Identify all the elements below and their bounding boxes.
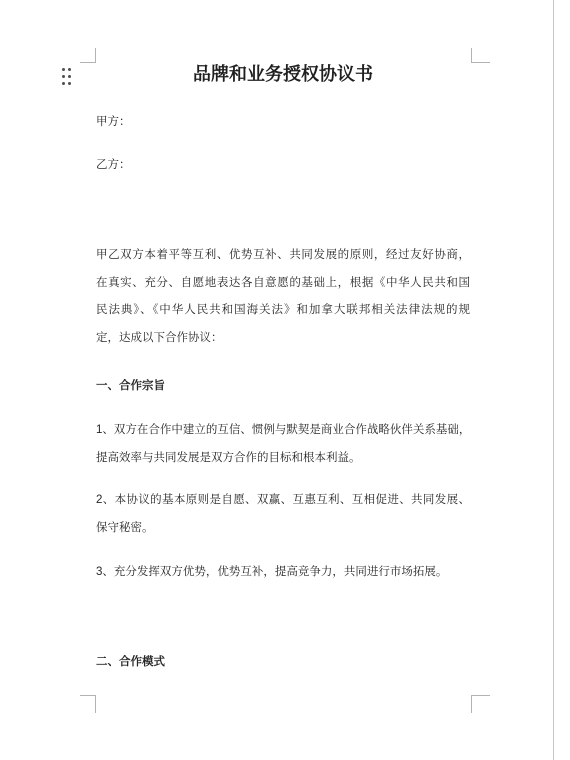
dot	[68, 68, 71, 71]
text-line[interactable]: 甲乙双方本着平等互利、优势互补、共同发展的原则，经过友好协商，	[96, 242, 470, 270]
drag-handle-dots-icon[interactable]	[62, 68, 71, 85]
text-line[interactable]: 提高效率与共同发展是双方合作的目标和根本利益。	[96, 445, 470, 473]
text-line[interactable]: 民法典》、《中华人民共和国海关法》和加拿大联邦相关法律法规的规	[96, 297, 470, 325]
text-line[interactable]: 2、本协议的基本原则是自愿、双赢、互惠互利、互相促进、共同发展、	[96, 487, 470, 515]
document-title[interactable]: 品牌和业务授权协议书	[96, 60, 470, 88]
document-page: 品牌和业务授权协议书 甲方： 乙方： 甲乙双方本着平等互利、优势互补、共同发展的…	[0, 0, 570, 760]
clause-3-paragraph: 3、充分发挥双方优势，优势互补，提高竞争力，共同进行市场拓展。	[96, 559, 470, 587]
party-a-line[interactable]: 甲方：	[96, 109, 470, 137]
page-right-edge-line	[553, 0, 554, 760]
text-line[interactable]: 1、双方在合作中建立的互信、惯例与默契是商业合作战略伙伴关系基础，	[96, 417, 470, 445]
section-2-heading[interactable]: 二、合作模式	[96, 649, 470, 677]
dot	[62, 75, 65, 78]
dot	[68, 82, 71, 85]
margin-crop-mark-bottom-right	[471, 695, 490, 713]
dot	[62, 82, 65, 85]
clause-1-paragraph: 1、双方在合作中建立的互信、惯例与默契是商业合作战略伙伴关系基础， 提高效率与共…	[96, 417, 470, 472]
dot	[62, 68, 65, 71]
margin-crop-mark-top-right	[471, 48, 490, 63]
margin-crop-mark-bottom-left	[80, 695, 96, 713]
text-line[interactable]: 保守秘密。	[96, 515, 470, 543]
text-line[interactable]: 3、充分发挥双方优势，优势互补，提高竞争力，共同进行市场拓展。	[96, 559, 470, 587]
text-line[interactable]: 定，达成以下合作协议：	[96, 325, 470, 353]
clause-2-paragraph: 2、本协议的基本原则是自愿、双赢、互惠互利、互相促进、共同发展、 保守秘密。	[96, 487, 470, 542]
party-b-line[interactable]: 乙方：	[96, 152, 470, 180]
section-1-heading[interactable]: 一、合作宗旨	[96, 373, 470, 401]
intro-paragraph: 甲乙双方本着平等互利、优势互补、共同发展的原则，经过友好协商， 在真实、充分、自…	[96, 242, 470, 352]
dot	[68, 75, 71, 78]
text-line[interactable]: 在真实、充分、自愿地表达各自意愿的基础上，根据《中华人民共和国	[96, 270, 470, 298]
margin-crop-mark-top-left	[80, 48, 96, 63]
